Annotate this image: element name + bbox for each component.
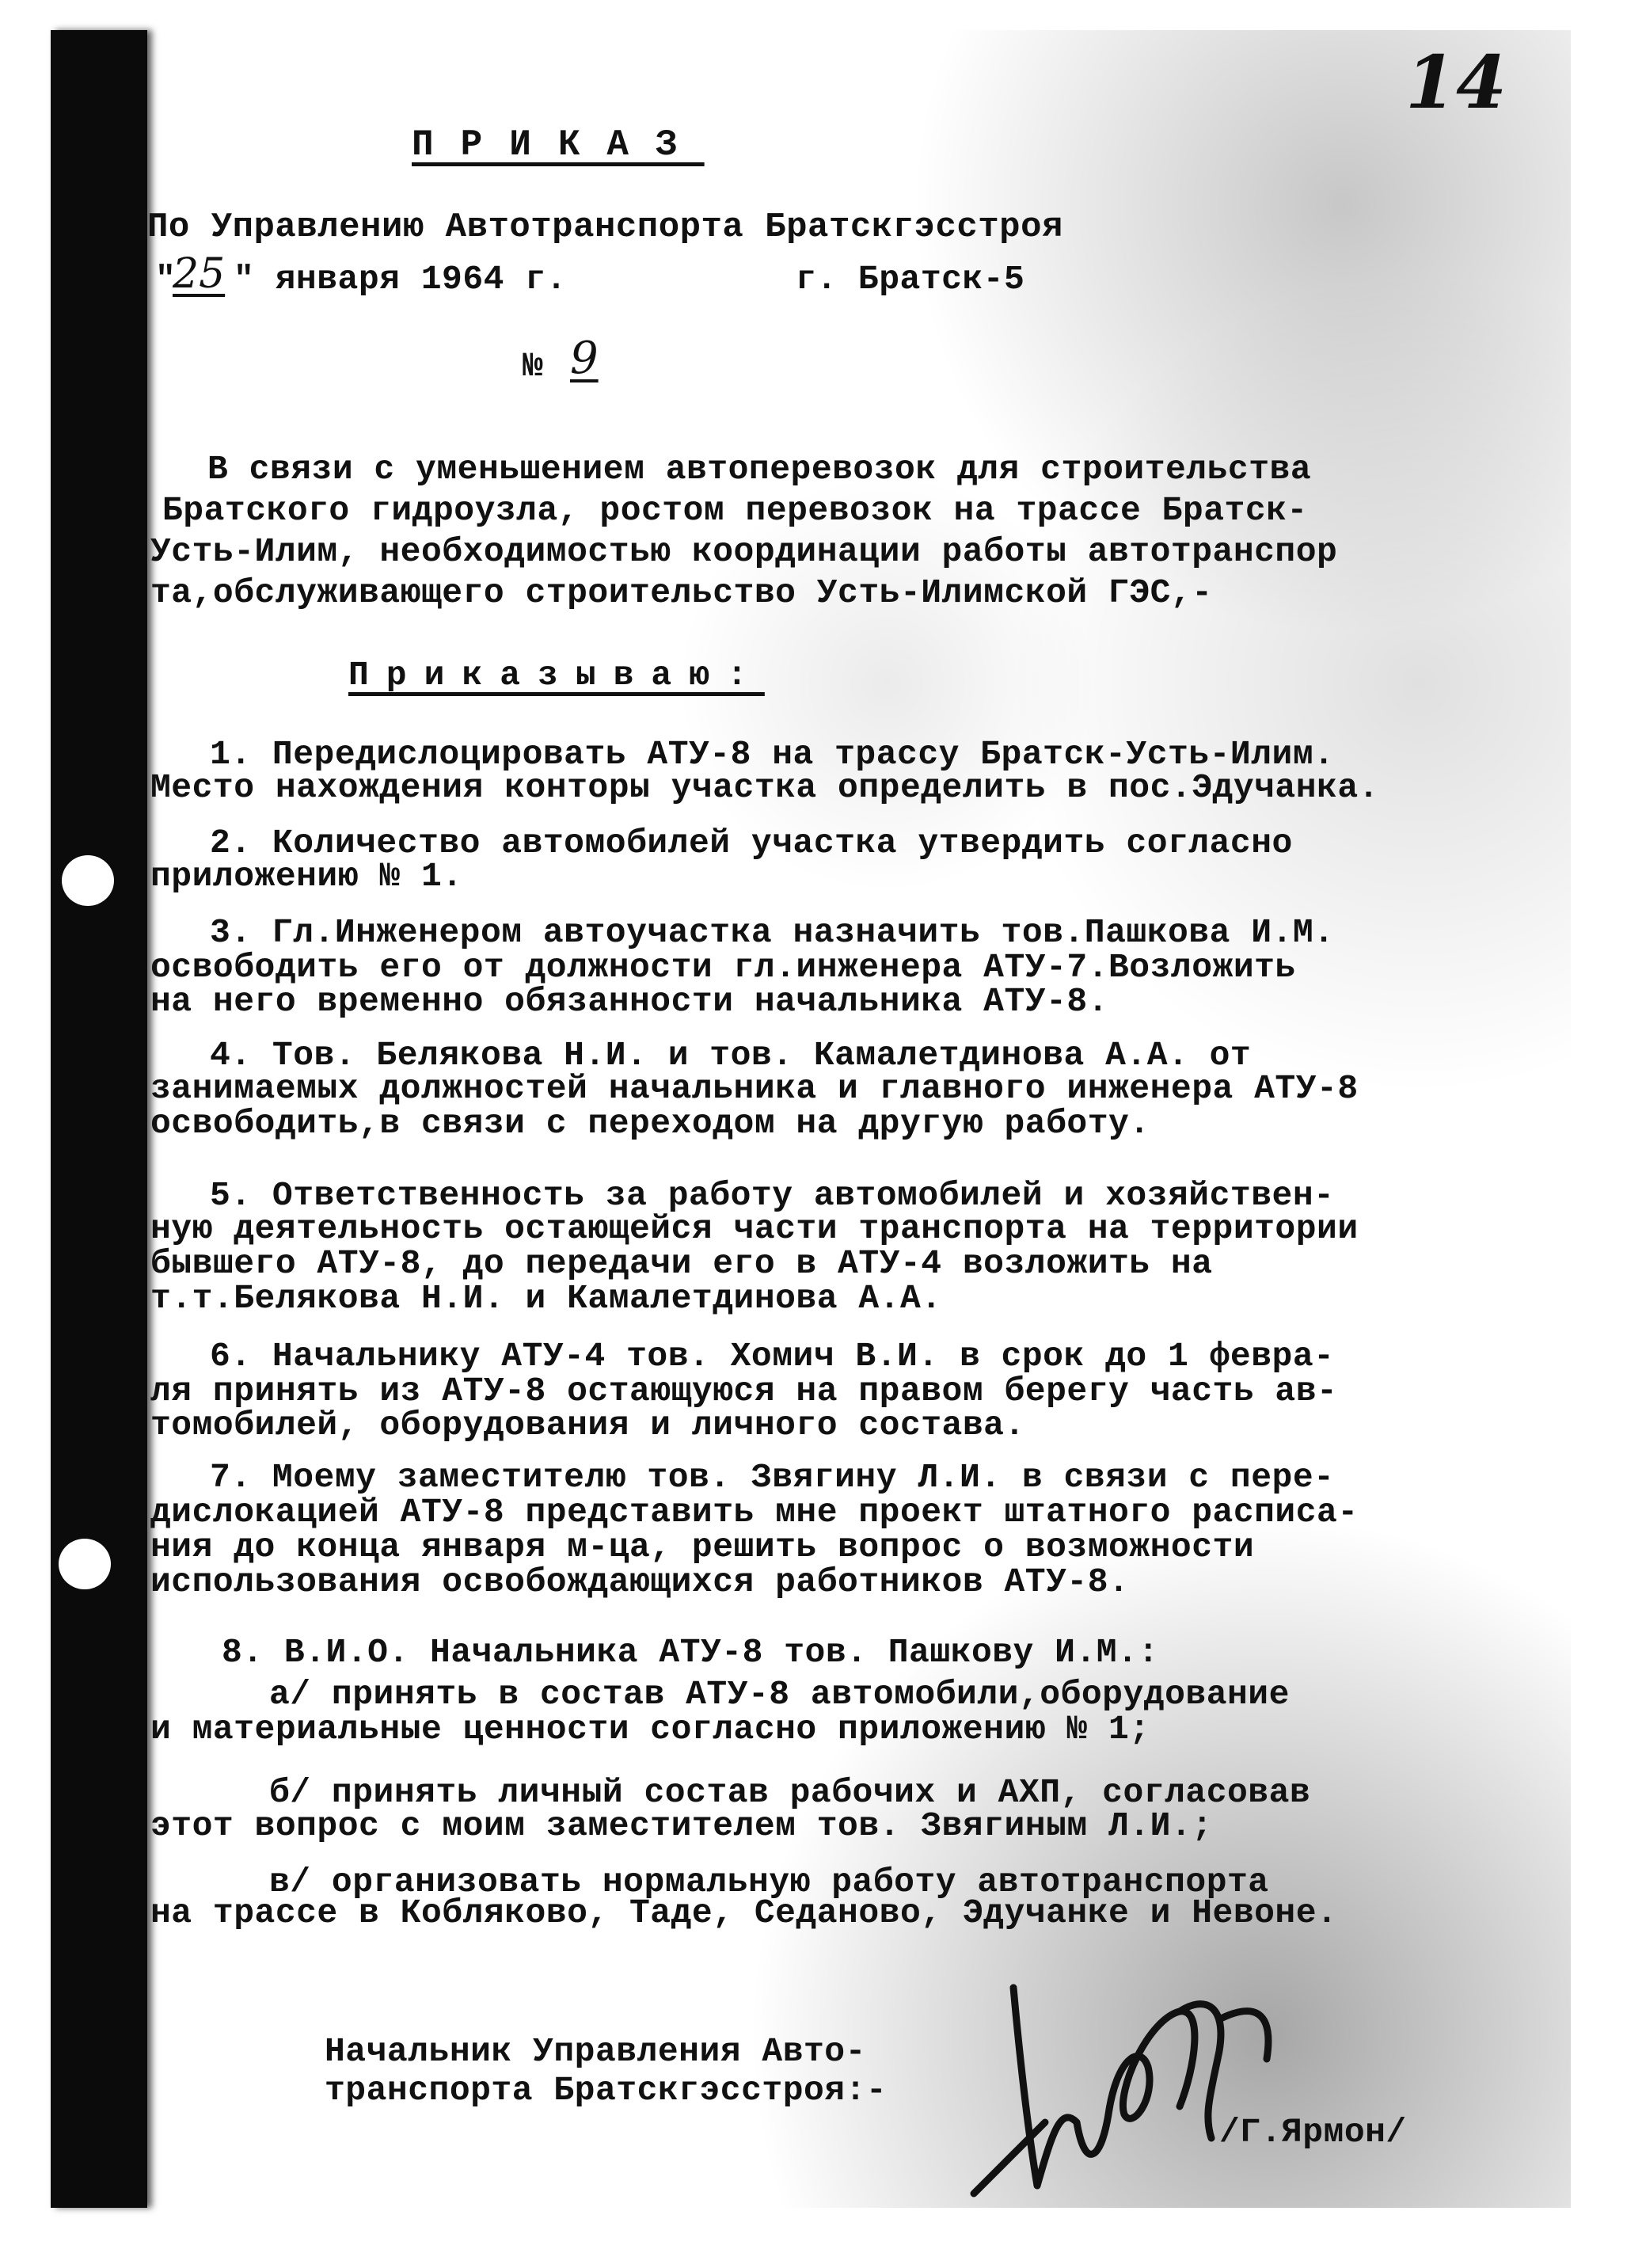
signatory-position: Начальник Управления Авто-	[325, 2034, 866, 2070]
order-item-line: бывшего АТУ-8, до передачи его в АТУ-4 в…	[150, 1246, 1213, 1282]
order-item-line: освободить,в связи с переходом на другую…	[150, 1105, 1150, 1142]
preamble-line: Усть-Илим, необходимостью координации ра…	[150, 534, 1337, 570]
order-item-line: приложению № 1.	[150, 858, 463, 895]
order-subitem-line: и материальные ценности согласно приложе…	[150, 1711, 1150, 1748]
order-item-line: ния до конца января м-ца, решить вопрос …	[150, 1529, 1254, 1566]
order-item-line: 6. Начальнику АТУ-4 тов. Хомич В.И. в ср…	[210, 1338, 1334, 1375]
order-subitem-line: этот вопрос с моим заместителем тов. Звя…	[150, 1808, 1213, 1844]
order-item-line: ля принять из АТУ-8 остающуюся на правом…	[150, 1373, 1337, 1410]
order-item-line: 3. Гл.Инженером автоучастка назначить то…	[210, 915, 1334, 951]
order-item-line: освободить его от должности гл.инженера …	[150, 949, 1296, 986]
order-item-line: т.т.Белякова Н.И. и Камалетдинова А.А.	[150, 1281, 942, 1317]
page-number: 14	[1405, 40, 1507, 125]
order-subitem-line: на трассе в Кобляково, Тадe, Седаново, Э…	[150, 1895, 1337, 1931]
binding-shadow	[51, 30, 147, 2208]
punch-hole	[59, 1539, 111, 1589]
date-month-year: " января 1964 г.	[234, 261, 567, 298]
issuer-line: По Управлению Автотранспорта Братскгэсст…	[147, 209, 1063, 245]
date-day: 25	[173, 250, 225, 298]
punch-hole	[62, 855, 114, 906]
number-label: №	[523, 348, 543, 385]
order-item-line: занимаемых должностей начальника и главн…	[150, 1071, 1359, 1107]
order-subitem-line: а/ принять в состав АТУ-8 автомобили,обо…	[269, 1676, 1290, 1713]
order-item-line: ную деятельность остающейся части трансп…	[150, 1211, 1359, 1247]
order-item-line: использования освобождающихся работников…	[150, 1564, 1129, 1600]
place: г. Братск-5	[796, 261, 1024, 298]
preamble-line: В связи с уменьшением автоперевозок для …	[207, 451, 1311, 488]
order-number: 9	[570, 333, 599, 384]
preamble-line: Братского гидроузла, ростом перевозок на…	[162, 493, 1308, 529]
signatory-position: транспорта Братскгэсстроя:-	[325, 2072, 887, 2109]
preamble-line: та,обслуживающего строительство Усть-Или…	[150, 575, 1213, 611]
order-item-line: Место нахождения конторы участка определ…	[150, 770, 1379, 806]
order-item-line: томобилей, оборудования и личного состав…	[150, 1407, 1025, 1444]
order-item-line: на него временно обязанности начальника …	[150, 984, 1108, 1020]
order-item-line: 8. В.И.О. Начальника АТУ-8 тов. Пашкову …	[222, 1634, 1159, 1671]
order-item-line: 7. Моему заместителю тов. Звягину Л.И. в…	[210, 1459, 1334, 1496]
document-title: ПРИКАЗ	[412, 127, 705, 163]
order-item-line: дислокацией АТУ-8 представить мне проект…	[150, 1494, 1359, 1531]
handwritten-signature	[942, 1932, 1354, 2217]
order-heading: Приказываю:	[348, 657, 765, 694]
signatory-name: /Г.Ярмон/	[1219, 2114, 1407, 2151]
